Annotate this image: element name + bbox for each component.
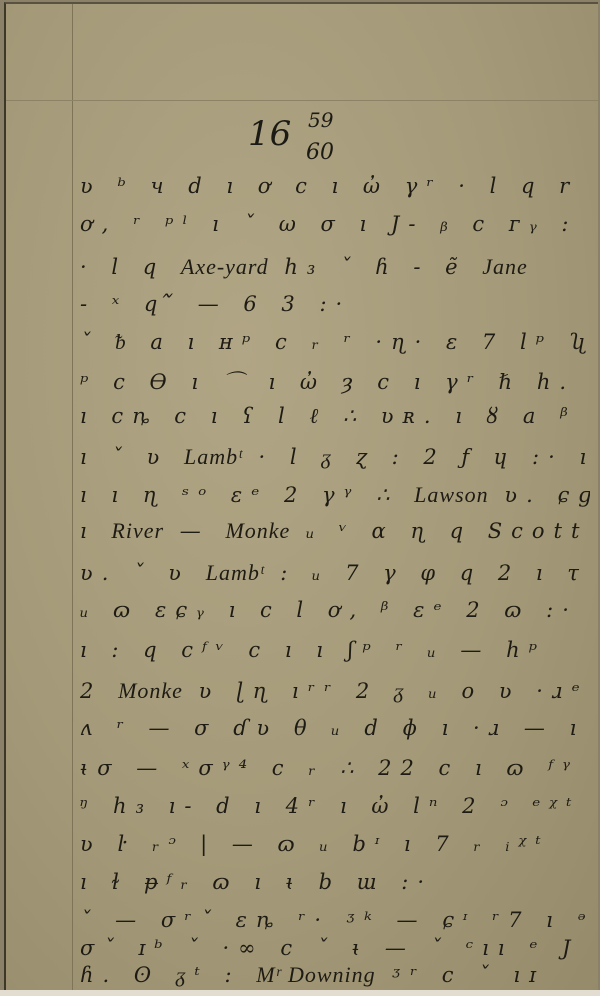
shorthand-line: ˇ ᵬ a ı ʜᵖ c ᵣ ʳ ·ɳ· ε 7 lᵖ ʯ ı ·ᵼσ ᶜᵗ xyxy=(80,330,590,364)
line-text: ı ˇ ʋ xyxy=(80,445,168,469)
shorthand-line: ʋ ŀ ᵣᵓ | — ɷ ᵤ bᶦ ı 7 ᵣ ᵢᵡᵗ xyxy=(80,832,590,866)
manuscript-page: 16 59 60 ʋ ᵇ ч d ı ơ c ı ὠ γʳ · l q r ∞ … xyxy=(4,2,598,996)
shorthand-line: - ˣ q ᷉ — 6 3 :· xyxy=(80,292,590,326)
line-text: · l ᵹ ɀ : 2 ƒ ɥ :· ıɪʳ xyxy=(259,445,590,469)
shorthand-line: ı ı ɳ ˢᵒ ɛᵉ 2 γᵞ ∴ Lawson ʋ. ɕɡ xyxy=(80,482,590,516)
line-text: h₃ ˇ ɦ - ẽ xyxy=(284,255,466,279)
year-lower: 60 xyxy=(306,140,334,165)
line-text: σˇ ɪᵇ ˇ ·∞ c ˇ ᵼ — ˇ ᶜıı ᵉ J ᵬ — xyxy=(80,936,590,960)
line-text: ɦ. ʘ ᵹᵗ : xyxy=(80,963,241,987)
shorthand-line: ı River — Monke ᵤ ᵛ ɑ ɳ q Scott xyxy=(80,518,590,552)
line-text: · l q xyxy=(80,255,165,279)
line-text: ʋ. ˇ ʋ xyxy=(80,561,190,585)
person-name: Lambᵗ xyxy=(184,444,243,469)
line-text: ʌ ʳ — σ ɗʋ θ ᵤ d ɸ ı ·ɹ — ı xyxy=(80,716,585,740)
page-bottom-edge xyxy=(0,990,600,996)
top-ruled-line xyxy=(6,100,598,101)
shorthand-line: ı ˇ ʋ Lambᵗ · l ᵹ ɀ : 2 ƒ ɥ :· ıɪʳ xyxy=(80,444,590,478)
person-name: Monke xyxy=(118,678,183,703)
shorthand-line: ơ, ʳ ᵖˡ ı ˇ ω σ ı J- ᵦ c ᴦᵧ : xyxy=(80,212,590,246)
person-name: Monke xyxy=(225,518,290,543)
line-text: ᶾʳ c ˇ ıɪ xyxy=(391,963,545,987)
line-text: ơ, ʳ ᵖˡ ı ˇ ω σ ı J- ᵦ c ᴦᵧ : xyxy=(80,212,578,236)
line-text: ᵑ h₃ ı- d ı 4ʳ ı ὠ lⁿ 2 ᵓ ᵉᵡᵗ xyxy=(80,794,580,818)
line-text: ı ɫ ᵽᶠᵣ ɷ ı ᵼ b ɯ :· xyxy=(80,870,433,894)
line-text: ˇ ᵬ a ı ʜᵖ c ᵣ ʳ ·ɳ· ε 7 lᵖ ʯ ı ·ᵼσ ᶜᵗ xyxy=(80,330,590,354)
year-main: 16 xyxy=(248,114,291,154)
person-name: Lawson xyxy=(414,482,488,507)
shorthand-line: ᵼσ — ˣσᵞ⁴ c ᵣ ∴ 22 c ı ɷ ᶠᵞ xyxy=(80,756,590,790)
line-text: ˇ — σʳˇ ɛȵ ʳ· ᶾᵏ — ɕᶦ ʳ7 ı ᵊʳ ʳ· xyxy=(80,908,590,932)
shorthand-line: 2 Monke ʋ ɭɳ ıʳʳ 2 ᵹ ᵤ o ʋ ·ɹᵉ xyxy=(80,678,590,712)
person-name: Lambᵗ xyxy=(206,560,265,585)
year-upper: 59 xyxy=(308,108,333,132)
person-name: Jane xyxy=(482,254,528,279)
line-text: ı : q cᶠᵛ c ı ı ʃᵖ ʳ ᵤ — hᵖ xyxy=(80,638,546,662)
person-name: Mʳ Downing xyxy=(256,962,375,987)
line-text: ᵖ c Ɵ ı ⌒ ı ὠ ȝ c ı γʳ ℏ h. | ɥ :· xyxy=(80,370,590,394)
place-name: Axe-yard xyxy=(181,254,269,279)
shorthand-line: ᵖ c Ɵ ı ⌒ ı ὠ ȝ c ı γʳ ℏ h. | ɥ :· xyxy=(80,366,590,400)
line-text: ʋ ŀ ᵣᵓ | — ɷ ᵤ bᶦ ı 7 ᵣ ᵢᵡᵗ xyxy=(80,832,550,856)
shorthand-line: ı cȵ c ı ʕ l ℓ ∴ ʋʀ. ı ȣ a ᵝ ɐɕ xyxy=(80,404,590,438)
line-text: 2 xyxy=(80,679,102,703)
line-text: ᵼσ — ˣσᵞ⁴ c ᵣ ∴ 22 c ı ɷ ᶠᵞ xyxy=(80,756,579,780)
place-name: River xyxy=(111,518,164,543)
shorthand-line: ᵑ h₃ ı- d ı 4ʳ ı ὠ lⁿ 2 ᵓ ᵉᵡᵗ xyxy=(80,794,590,828)
line-text: ı xyxy=(80,519,96,543)
line-text: - ˣ q ᷉ — 6 3 :· xyxy=(80,292,351,316)
line-text: ʋ ᵇ ч d ı ơ c ı ὠ γʳ · l q r ∞ ᶜᵒ xyxy=(80,174,590,198)
line-text: ı ı ɳ ˢᵒ ɛᵉ 2 γᵞ ∴ xyxy=(80,483,398,507)
shorthand-line: ʋ. ˇ ʋ Lambᵗ : ᵤ 7 γ φ q 2 ı τ , xyxy=(80,560,590,594)
line-text: : ᵤ 7 γ φ q 2 ı τ , xyxy=(280,561,590,585)
line-text: ʋ ɭɳ ıʳʳ 2 ᵹ ᵤ o ʋ ·ɹᵉ xyxy=(199,679,589,703)
shorthand-line: ʌ ʳ — σ ɗʋ θ ᵤ d ɸ ı ·ɹ — ı xyxy=(80,716,590,750)
shorthand-line: ʋ ᵇ ч d ı ơ c ı ὠ γʳ · l q r ∞ ᶜᵒ xyxy=(80,174,590,208)
shorthand-line: ᵤ ɷ ɛɕᵧ ı c l ơ, ᵝ ɛᵉ 2 ɷ :· xyxy=(80,598,590,632)
line-text: ı cȵ c ı ʕ l ℓ ∴ ʋʀ. ı ȣ a ᵝ ɐɕ xyxy=(80,404,590,428)
line-text: ʋ. ɕɡ xyxy=(504,483,590,507)
shorthand-line: ı : q cᶠᵛ c ı ı ʃᵖ ʳ ᵤ — hᵖ xyxy=(80,638,590,672)
line-text: — xyxy=(180,519,210,543)
left-margin-rule xyxy=(72,4,73,994)
line-text: ᵤ ɷ ɛɕᵧ ı c l ơ, ᵝ ɛᵉ 2 ɷ :· xyxy=(80,598,578,622)
year-heading: 16 59 60 xyxy=(248,114,291,154)
shorthand-line: · l q Axe-yard h₃ ˇ ɦ - ẽ Jane xyxy=(80,254,590,288)
line-text: ᵤ ᵛ ɑ ɳ q Scott xyxy=(306,519,588,543)
shorthand-line: ı ɫ ᵽᶠᵣ ɷ ı ᵼ b ɯ :· xyxy=(80,870,590,904)
